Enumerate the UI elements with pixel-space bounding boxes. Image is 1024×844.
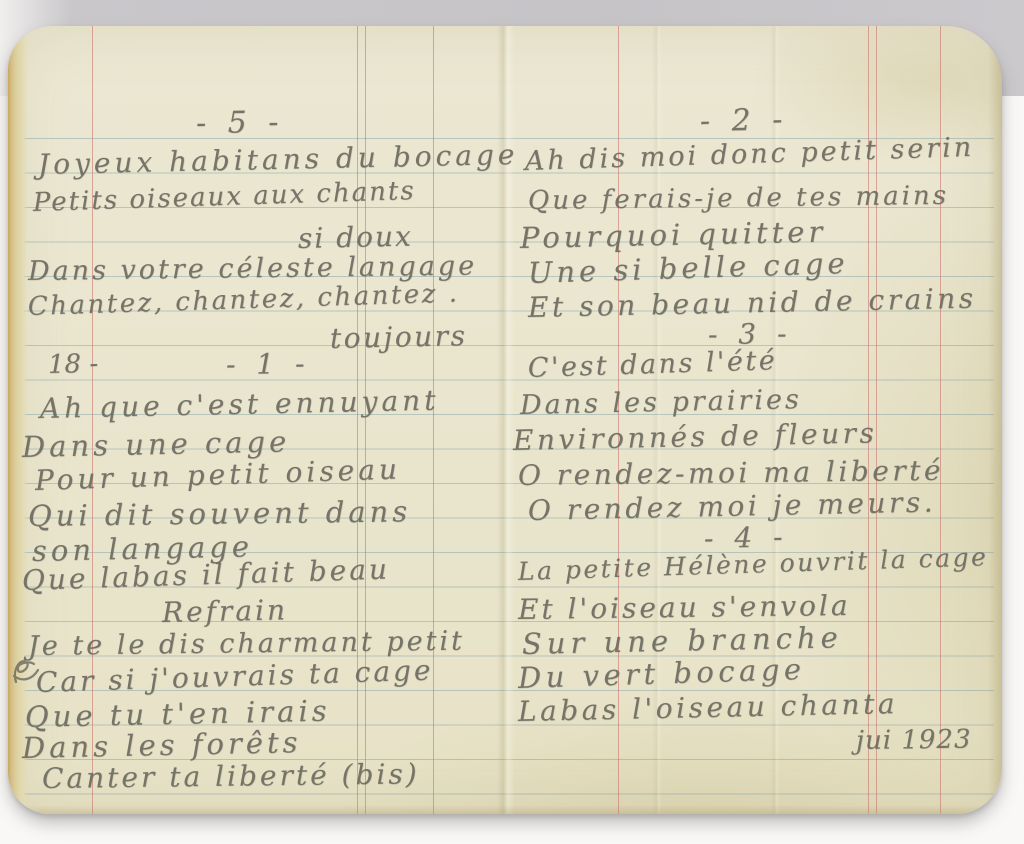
lyric-line: si doux xyxy=(298,220,414,255)
scanned-notebook-photo: - 5 - Joyeux habitans du bocage Petits o… xyxy=(0,0,1024,844)
verse-heading: Refrain xyxy=(162,593,289,629)
lyric-line: C'est dans l'été xyxy=(527,345,777,384)
lyric-line: Ah dis moi donc petit serin xyxy=(524,132,974,177)
lyric-line: Que ferais-je de tes mains xyxy=(528,181,949,216)
crossed-out-scribble xyxy=(10,652,42,690)
lyric-line: Qui dit souvent dans xyxy=(28,494,412,533)
lyric-line: La petite Hélène ouvrit la cage xyxy=(517,542,988,586)
verse-heading: - 2 - xyxy=(700,102,789,139)
lyric-line: Joyeux habitans du bocage xyxy=(38,138,519,181)
verse-heading: - 5 - xyxy=(196,105,285,141)
lyric-line: Petits oiseaux aux chants xyxy=(32,176,416,218)
lyric-line: Environnés de fleurs xyxy=(513,416,878,457)
lyric-line: Labas l'oiseau chanta xyxy=(518,687,899,728)
lyric-line: Ah que c'est ennuyant xyxy=(40,384,440,425)
page-label: 18 - xyxy=(48,349,99,380)
lyric-line: toujours xyxy=(330,319,468,355)
lyric-line: Dans les prairies xyxy=(520,384,803,421)
handwriting-layer: - 5 - Joyeux habitans du bocage Petits o… xyxy=(0,0,1024,844)
verse-heading: - 1 - xyxy=(226,347,311,381)
lyric-line: Canter ta liberté (bis) xyxy=(42,757,420,795)
date-note: jui 1923 xyxy=(856,725,972,756)
